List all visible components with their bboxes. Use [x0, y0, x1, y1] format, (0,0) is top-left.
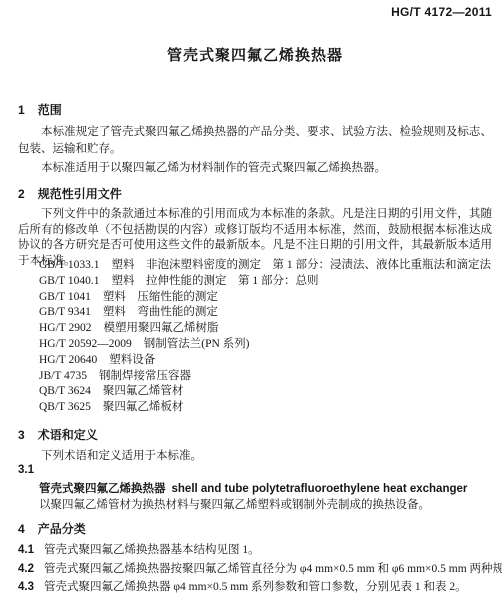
section-number: 1 — [18, 103, 25, 117]
scope-paragraph-1: 本标准规定了管壳式聚四氟乙烯换热器的产品分类、要求、试验方法、检验规则及标志、包… — [18, 124, 492, 158]
section-heading-label: 规范性引用文件 — [38, 187, 122, 201]
term-definition: 以聚四氟乙烯管材为换热材料与聚四氟乙烯塑料或钢制外壳制成的换热设备。 — [18, 496, 492, 512]
section-number: 2 — [18, 187, 25, 201]
reference-code: JB/T 4735 — [39, 370, 87, 382]
section-heading-label: 产品分类 — [38, 522, 86, 536]
section-heading-label: 范围 — [38, 103, 62, 117]
reference-title: 聚四氟乙烯板材 — [103, 401, 184, 413]
reference-title: 钢制焊接常压容器 — [99, 370, 191, 382]
clause-4-1: 4.1管壳式聚四氟乙烯换热器基本结构见图 1。 — [18, 541, 492, 557]
reference-code: GB/T 1040.1 — [39, 275, 100, 287]
clause-number: 4.3 — [18, 581, 34, 593]
section-heading-label: 术语和定义 — [38, 428, 98, 442]
reference-code: HG/T 2902 — [39, 322, 92, 334]
reference-item: GB/T 1040.1塑料 拉伸性能的测定 第 1 部分：总则 — [18, 274, 492, 290]
scope-paragraph-2: 本标准适用于以聚四氟乙烯为材料制作的管壳式聚四氟乙烯换热器。 — [18, 160, 492, 177]
reference-code: GB/T 1033.1 — [39, 259, 100, 271]
reference-title: 塑料 拉伸性能的测定 第 1 部分：总则 — [112, 275, 319, 287]
document-page: HG/T 4172—2011 管壳式聚四氟乙烯换热器 1范围 本标准规定了管壳式… — [0, 0, 502, 594]
reference-item: GB/T 1033.1塑料 非泡沫塑料密度的测定 第 1 部分：浸渍法、液体比重… — [18, 258, 492, 274]
reference-item: HG/T 20640塑料设备 — [18, 353, 492, 369]
reference-code: GB/T 9341 — [39, 306, 91, 318]
references-list: GB/T 1033.1塑料 非泡沫塑料密度的测定 第 1 部分：浸渍法、液体比重… — [18, 258, 492, 416]
reference-code: QB/T 3624 — [39, 385, 91, 397]
clause-number: 4.1 — [18, 544, 34, 556]
section-number: 3 — [18, 428, 25, 442]
section-terms-heading: 3术语和定义 — [18, 426, 492, 443]
clause-text: 管壳式聚四氟乙烯换热器 φ4 mm×0.5 mm 系列参数和管口参数，分别见表 … — [44, 581, 467, 593]
clause-4-3: 4.3管壳式聚四氟乙烯换热器 φ4 mm×0.5 mm 系列参数和管口参数，分别… — [18, 578, 492, 594]
doc-number: HG/T 4172—2011 — [18, 5, 492, 19]
clause-4-2: 4.2管壳式聚四氟乙烯换热器按聚四氟乙烯管直径分为 φ4 mm×0.5 mm 和… — [18, 560, 492, 576]
clause-text: 管壳式聚四氟乙烯换热器按聚四氟乙烯管直径分为 φ4 mm×0.5 mm 和 φ6… — [44, 563, 502, 575]
terms-intro: 下列术语和定义适用于本标准。 — [18, 448, 492, 465]
reference-title: 塑料 压缩性能的测定 — [103, 291, 218, 303]
reference-title: 聚四氟乙烯管材 — [103, 385, 184, 397]
reference-title: 模塑用聚四氟乙烯树脂 — [104, 322, 219, 334]
reference-item: HG/T 2902模塑用聚四氟乙烯树脂 — [18, 321, 492, 337]
clause-number: 4.2 — [18, 563, 34, 575]
section-references-heading: 2规范性引用文件 — [18, 185, 492, 202]
section-number: 4 — [18, 522, 25, 536]
reference-item: JB/T 4735钢制焊接常压容器 — [18, 369, 492, 385]
section-classification-heading: 4产品分类 — [18, 520, 492, 537]
reference-item: QB/T 3625聚四氟乙烯板材 — [18, 400, 492, 416]
reference-item: GB/T 1041塑料 压缩性能的测定 — [18, 290, 492, 306]
reference-item: GB/T 9341塑料 弯曲性能的测定 — [18, 305, 492, 321]
term-number: 3.1 — [18, 464, 492, 476]
reference-code: QB/T 3625 — [39, 401, 91, 413]
term-chinese: 管壳式聚四氟乙烯换热器 — [39, 483, 166, 495]
reference-title: 塑料 弯曲性能的测定 — [103, 306, 218, 318]
reference-title: 塑料设备 — [109, 354, 155, 366]
reference-item: HG/T 20592—2009钢制管法兰(PN 系列) — [18, 337, 492, 353]
term-english: shell and tube polytetrafluoroethylene h… — [172, 483, 468, 495]
clause-text: 管壳式聚四氟乙烯换热器基本结构见图 1。 — [44, 544, 260, 556]
reference-title: 塑料 非泡沫塑料密度的测定 第 1 部分：浸渍法、液体比重瓶法和滴定法 — [112, 259, 492, 271]
section-scope-heading: 1范围 — [18, 101, 492, 118]
reference-title: 钢制管法兰(PN 系列) — [144, 338, 250, 350]
reference-code: HG/T 20640 — [39, 354, 97, 366]
reference-code: GB/T 1041 — [39, 291, 91, 303]
reference-item: QB/T 3624聚四氟乙烯管材 — [18, 384, 492, 400]
doc-title: 管壳式聚四氟乙烯换热器 — [18, 44, 492, 65]
term-title: 管壳式聚四氟乙烯换热器shell and tube polytetrafluor… — [18, 480, 492, 496]
reference-code: HG/T 20592—2009 — [39, 338, 132, 350]
